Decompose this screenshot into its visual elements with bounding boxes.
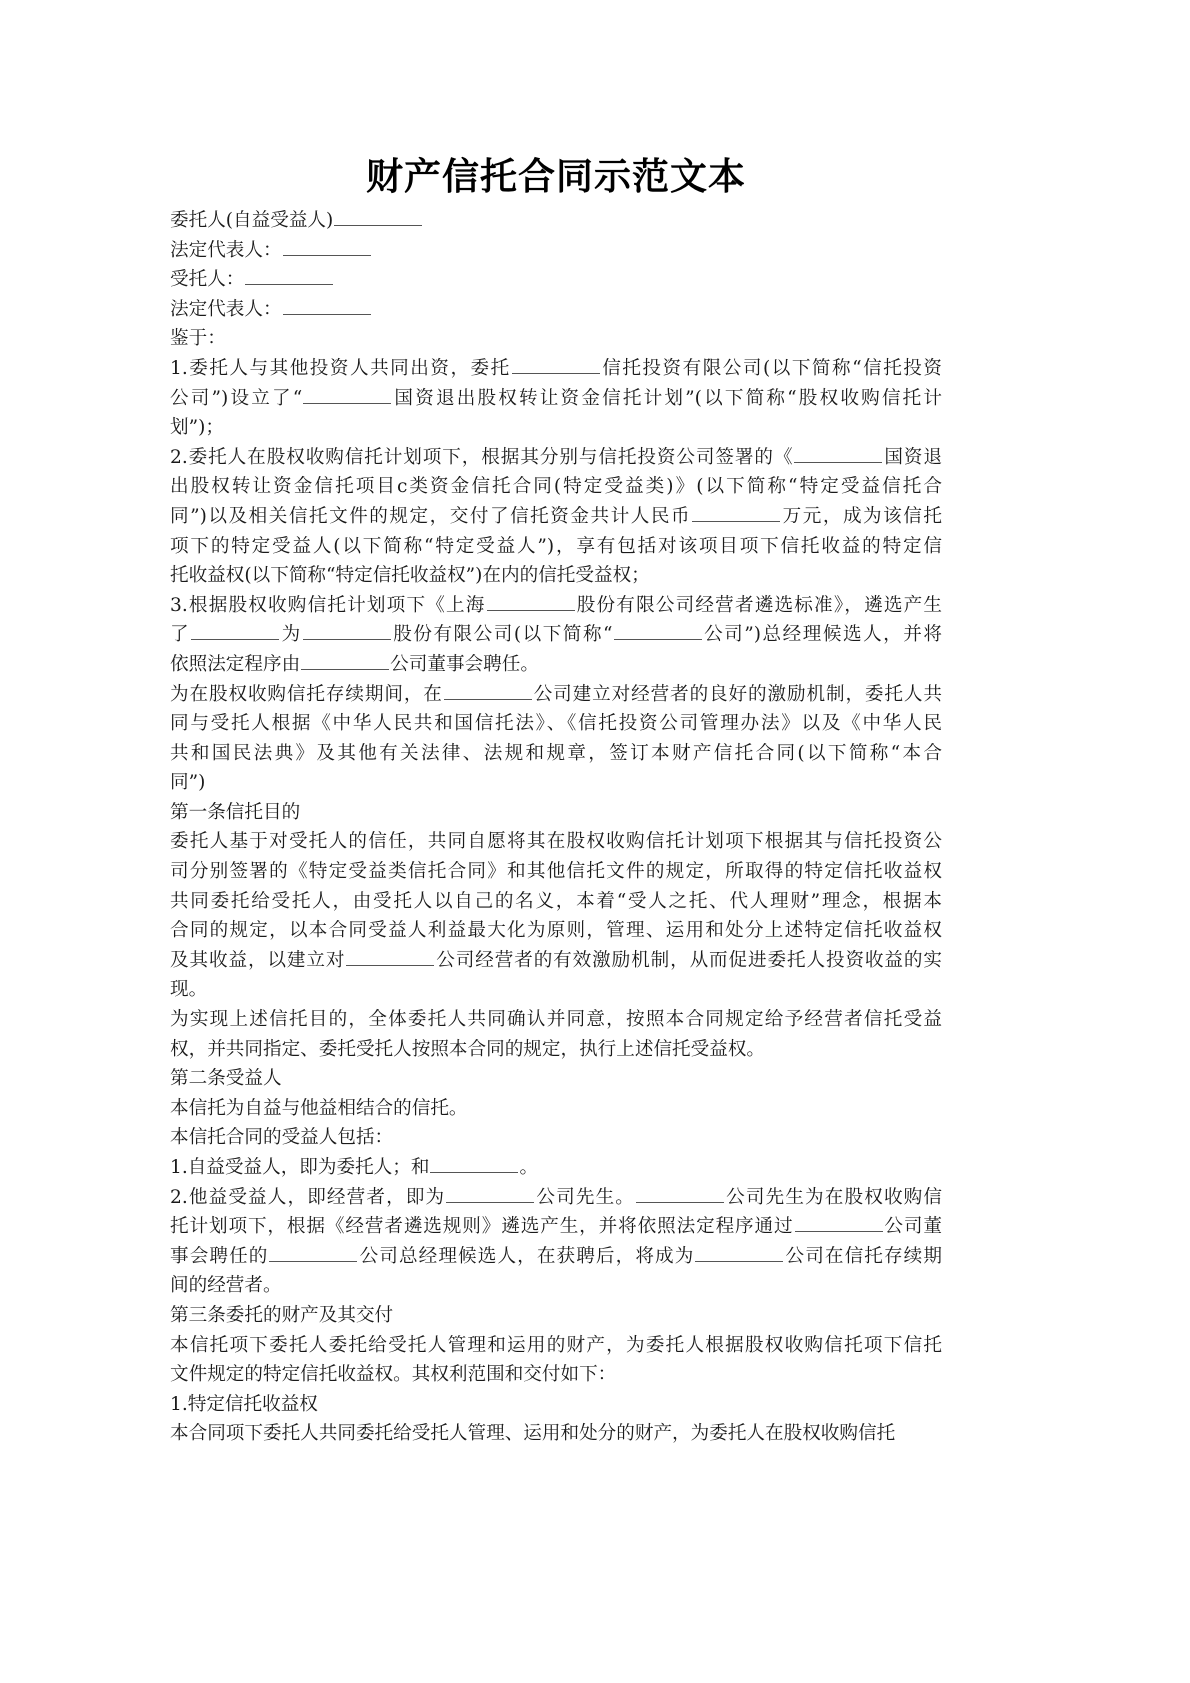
document-line: 了为股份有限公司(以下简称“公司”)总经理候选人，并将 [170,620,942,650]
fill-in-blank [301,668,389,670]
document-line: 法定代表人： [170,295,942,325]
document-line: 受托人： [170,265,942,295]
fill-in-blank [692,520,780,522]
document-title: 财产信托合同示范文本 [170,150,942,206]
document-line: 本信托项下委托人委托给受托人管理和运用的财产，为委托人根据股权收购信托项下信托 [170,1331,942,1361]
document-line: 划”)； [170,413,942,443]
document-line: 文件规定的特定信托收益权。其权利范围和交付如下： [170,1360,942,1390]
fill-in-blank [191,638,279,640]
document-line: 合同的规定，以本合同受益人利益最大化为原则，管理、运用和处分上述特定信托收益权 [170,916,942,946]
document-line: 共同委托给受托人，由受托人以自己的名义，本着“受人之托、代人理财”理念，根据本 [170,887,942,917]
fill-in-blank [444,698,532,700]
fill-in-blank [269,1260,357,1262]
document-line: 本信托为自益与他益相结合的信托。 [170,1094,942,1124]
document-line: 共和国民法典》及其他有关法律、法规和规章，签订本财产信托合同(以下简称“本合 [170,739,942,769]
document-line: 法定代表人： [170,236,942,266]
fill-in-blank [446,1201,534,1203]
document-line: 依照法定程序由公司董事会聘任。 [170,650,942,680]
document-line: 为在股权收购信托存续期间，在公司建立对经营者的良好的激励机制，委托人共 [170,680,942,710]
fill-in-blank [283,254,371,256]
fill-in-blank [794,461,882,463]
document-line: 同与受托人根据《中华人民共和国信托法》、《信托投资公司管理办法》以及《中华人民 [170,709,942,739]
document-line: 司分别签署的《特定受益类信托合同》和其他信托文件的规定，所取得的特定信托收益权 [170,857,942,887]
fill-in-blank [283,313,371,315]
document-line: 鉴于： [170,324,942,354]
document-line: 1.委托人与其他投资人共同出资，委托信托投资有限公司(以下简称“信托投资 [170,354,942,384]
document-line: 现。 [170,975,942,1005]
document-line: 本合同项下委托人共同委托给受托人管理、运用和处分的财产，为委托人在股权收购信托 [170,1419,942,1449]
fill-in-blank [614,638,702,640]
document-line: 2.委托人在股权收购信托计划项下，根据其分别与信托投资公司签署的《国资退 [170,443,942,473]
fill-in-blank [245,283,333,285]
fill-in-blank [334,224,422,226]
document-line: 3.根据股权收购信托计划项下《上海股份有限公司经营者遴选标准》，遴选产生 [170,591,942,621]
document-line: 第二条受益人 [170,1064,942,1094]
document-line: 1.自益受益人，即为委托人；和。 [170,1153,942,1183]
document-line: 委托人基于对受托人的信任，共同自愿将其在股权收购信托计划项下根据其与信托投资公 [170,827,942,857]
document-line: 2.他益受益人，即经营者，即为公司先生。公司先生为在股权收购信 [170,1183,942,1213]
document-page: 财产信托合同示范文本 委托人(自益受益人)法定代表人：受托人：法定代表人：鉴于：… [170,150,942,1449]
fill-in-blank [695,1260,783,1262]
document-line: 本信托合同的受益人包括： [170,1123,942,1153]
document-line: 间的经营者。 [170,1271,942,1301]
fill-in-blank [430,1171,518,1173]
document-line: 第三条委托的财产及其交付 [170,1301,942,1331]
document-line: 权，并共同指定、委托受托人按照本合同的规定，执行上述信托受益权。 [170,1035,942,1065]
document-line: 委托人(自益受益人) [170,206,942,236]
fill-in-blank [303,638,391,640]
document-line: 同”) [170,768,942,798]
document-line: 公司”)设立了“国资退出股权转让资金信托计划”(以下简称“股权收购信托计 [170,384,942,414]
document-line: 同”)以及相关信托文件的规定，交付了信托资金共计人民币万元，成为该信托 [170,502,942,532]
document-line: 事会聘任的公司总经理候选人，在获聘后，将成为公司在信托存续期 [170,1242,942,1272]
document-line: 为实现上述信托目的，全体委托人共同确认并同意，按照本合同规定给予经营者信托受益 [170,1005,942,1035]
document-line: 托收益权(以下简称“特定信托收益权”)在内的信托受益权； [170,561,942,591]
document-line: 托计划项下，根据《经营者遴选规则》遴选产生，并将依照法定程序通过公司董 [170,1212,942,1242]
document-line: 及其收益，以建立对公司经营者的有效激励机制，从而促进委托人投资收益的实 [170,946,942,976]
fill-in-blank [346,964,434,966]
fill-in-blank [487,609,575,611]
document-line: 1.特定信托收益权 [170,1390,942,1420]
document-line: 第一条信托目的 [170,798,942,828]
document-body: 委托人(自益受益人)法定代表人：受托人：法定代表人：鉴于：1.委托人与其他投资人… [170,206,942,1449]
fill-in-blank [795,1230,883,1232]
fill-in-blank [636,1201,724,1203]
fill-in-blank [512,372,600,374]
fill-in-blank [303,402,391,404]
document-line: 出股权转让资金信托项目c类资金信托合同(特定受益类)》(以下简称“特定受益信托合 [170,472,942,502]
document-line: 项下的特定受益人(以下简称“特定受益人”)，享有包括对该项目项下信托收益的特定信 [170,532,942,562]
